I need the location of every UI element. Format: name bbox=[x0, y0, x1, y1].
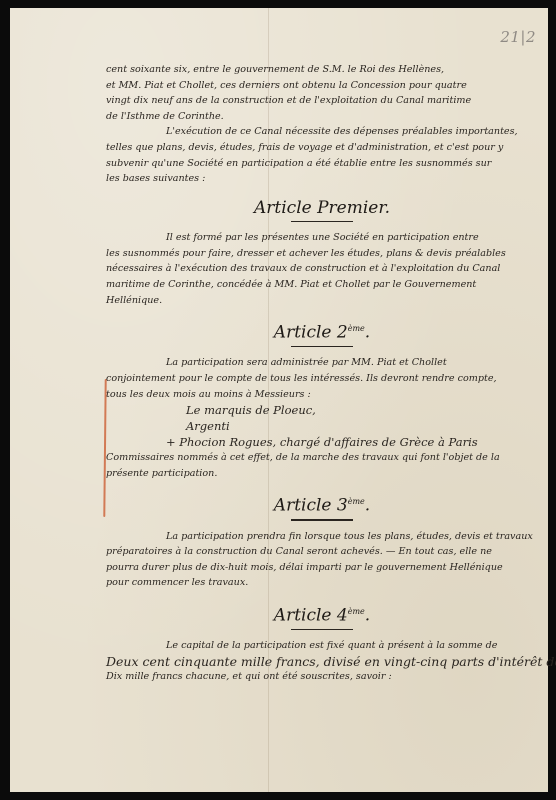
heading-underline bbox=[291, 346, 353, 348]
text-line: pourra durer plus de dix-huit mois, déla… bbox=[106, 560, 538, 576]
text-line: La participation prendra fin lorsque tou… bbox=[106, 529, 538, 545]
folio-number: 21|2 bbox=[500, 28, 536, 46]
article-3-body: La participation prendra fin lorsque tou… bbox=[106, 529, 538, 591]
text-line: Dix mille francs chacune, et qui ont été… bbox=[106, 669, 538, 685]
article-4-superscript: ème bbox=[348, 607, 365, 616]
article-4-body: Le capital de la participation est fixé … bbox=[106, 638, 538, 685]
intro-paragraph: cent soixante six, entre le gouvernement… bbox=[106, 62, 538, 124]
heading-underline bbox=[291, 221, 353, 223]
text-line: présente participation. bbox=[106, 466, 538, 482]
text-line: maritime de Corinthe, concédée à MM. Pia… bbox=[106, 277, 538, 293]
article-4-heading: Article 4ème. bbox=[106, 601, 538, 627]
text-line: Hellénique. bbox=[106, 293, 538, 309]
text-line: telles que plans, devis, études, frais d… bbox=[106, 140, 538, 156]
text-line: L'exécution de ce Canal nécessite des dé… bbox=[106, 124, 538, 140]
text-line: pour commencer les travaux. bbox=[106, 575, 538, 591]
article-2-heading: Article 2ème. bbox=[106, 318, 538, 344]
manuscript-text: cent soixante six, entre le gouvernement… bbox=[106, 62, 538, 685]
commissioner-name: Le marquis de Ploeuc, bbox=[106, 402, 538, 418]
article-3-superscript: ème bbox=[348, 497, 365, 506]
text-line: Il est formé par les présentes une Socié… bbox=[106, 230, 538, 246]
commissioner-name: Argenti bbox=[106, 418, 538, 434]
text-line: Deux cent cinquante mille francs, divisé… bbox=[106, 654, 538, 670]
article-3-heading: Article 3ème. bbox=[106, 491, 538, 517]
article-1-body: Il est formé par les présentes une Socié… bbox=[106, 230, 538, 308]
article-2-body: La participation sera administrée par MM… bbox=[106, 355, 538, 481]
text-line: nécessaires à l'exécution des travaux de… bbox=[106, 261, 538, 277]
text-line: les susnommés pour faire, dresser et ach… bbox=[106, 246, 538, 262]
text-line: subvenir qu'une Société en participation… bbox=[106, 156, 538, 172]
article-2-superscript: ème bbox=[348, 324, 365, 333]
article-1-heading: Article Premier. bbox=[106, 197, 538, 219]
heading-underline bbox=[291, 629, 353, 631]
text-line: conjointement pour le compte de tous les… bbox=[106, 371, 538, 387]
text-line: vingt dix neuf ans de la construction et… bbox=[106, 93, 538, 109]
text-line: les bases suivantes : bbox=[106, 171, 538, 187]
text-line: La participation sera administrée par MM… bbox=[106, 355, 538, 371]
text-line: préparatoires à la construction du Canal… bbox=[106, 544, 538, 560]
text-line: cent soixante six, entre le gouvernement… bbox=[106, 62, 538, 78]
text-line: Commissaires nommés à cet effet, de la m… bbox=[106, 450, 538, 466]
text-line: tous les deux mois au moins à Messieurs … bbox=[106, 387, 538, 403]
article-2-title: Article 2 bbox=[274, 323, 348, 343]
article-4-title: Article 4 bbox=[274, 606, 348, 626]
article-3-title: Article 3 bbox=[274, 496, 348, 516]
text-line: Le capital de la participation est fixé … bbox=[106, 638, 538, 654]
heading-underline bbox=[291, 519, 353, 521]
article-1-title: Article Premier. bbox=[254, 198, 390, 218]
text-line: de l'Isthme de Corinthe. bbox=[106, 109, 538, 125]
commissioner-name: + Phocion Rogues, chargé d'affaires de G… bbox=[106, 434, 538, 450]
text-line: et MM. Piat et Chollet, ces derniers ont… bbox=[106, 78, 538, 94]
execution-paragraph: L'exécution de ce Canal nécessite des dé… bbox=[106, 124, 538, 186]
